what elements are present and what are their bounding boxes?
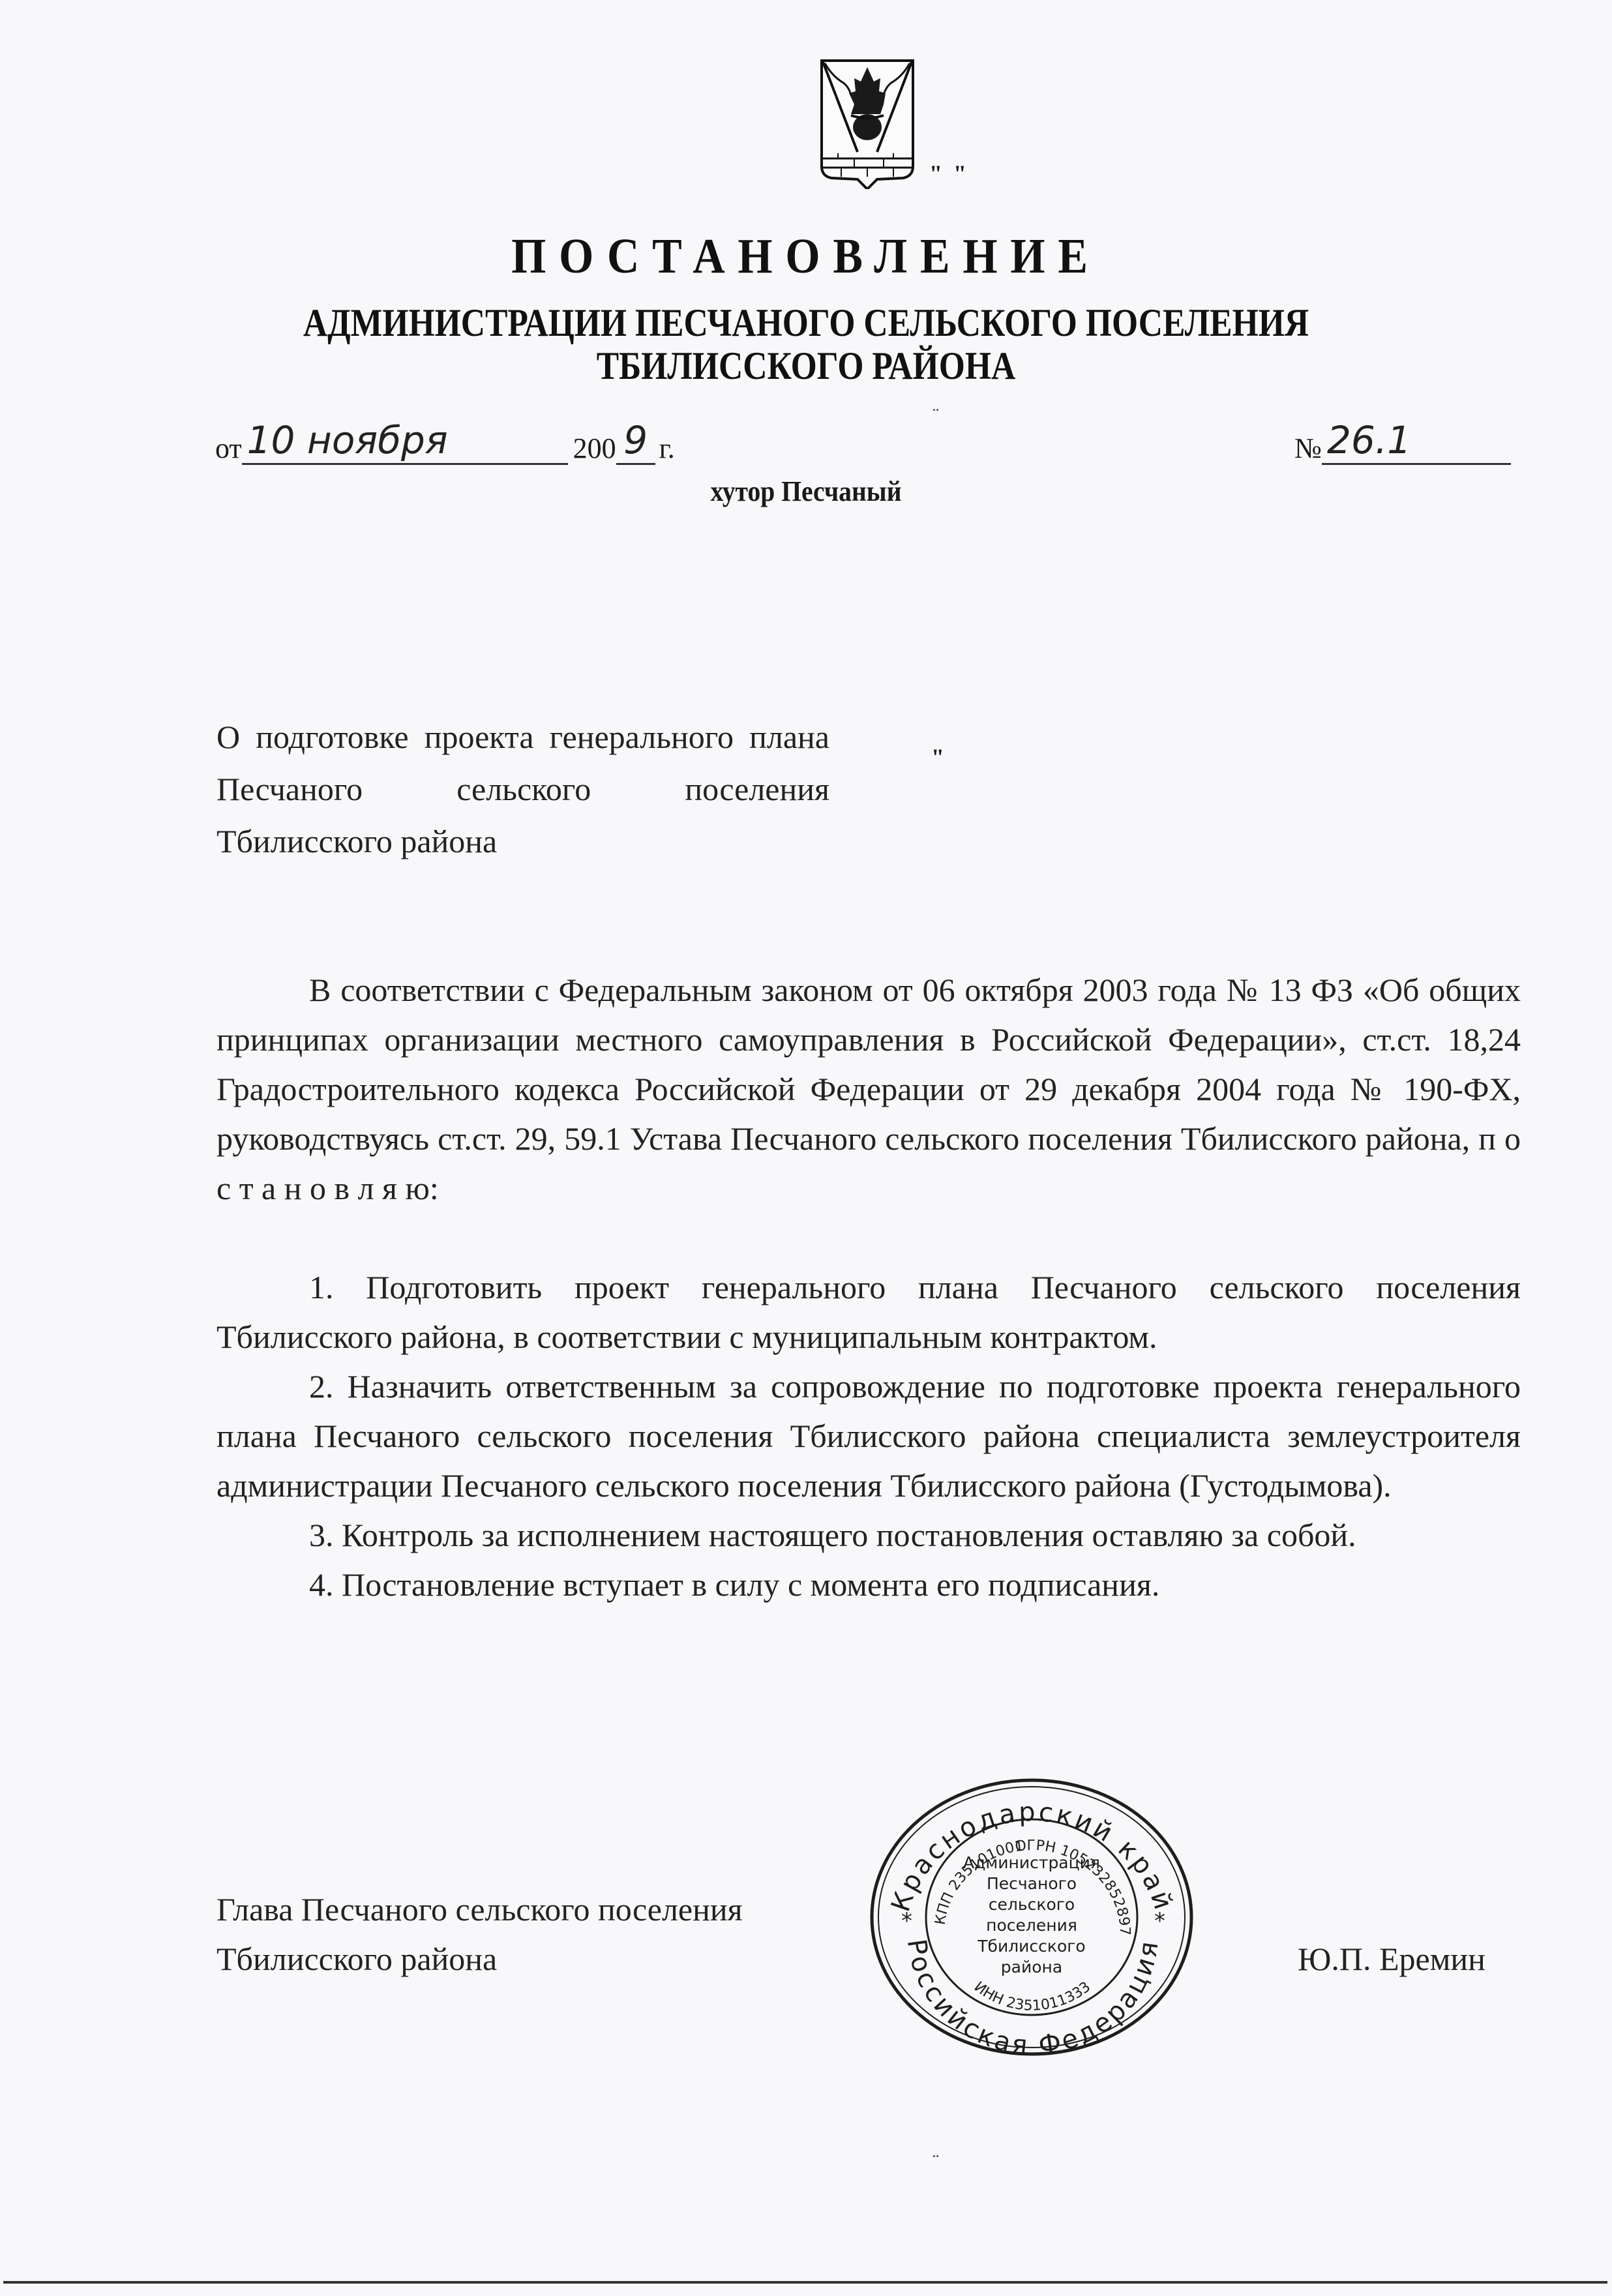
year-prefix: 200 xyxy=(573,432,616,465)
stamp-center-line: Администрация xyxy=(963,1853,1100,1872)
resolution-item-3: 3. Контроль за исполнением настоящего по… xyxy=(216,1510,1521,1560)
issuer-line-1: АДМИНИСТРАЦИИ ПЕСЧАНОГО СЕЛЬСКОГО ПОСЕЛЕ… xyxy=(113,301,1499,344)
date-handwritten: 10 ноября xyxy=(242,417,568,465)
stamp-star-left: * xyxy=(901,1908,912,1934)
signatory-title-line-1: Глава Песчаного сельского поселения xyxy=(216,1885,743,1934)
scan-mark: " " xyxy=(929,160,969,187)
scan-dots: ¨ xyxy=(933,2151,939,2173)
stamp-center-line: Тбилисского xyxy=(977,1937,1085,1956)
resolution-item-2: 2. Назначить ответственным за сопровожде… xyxy=(216,1362,1521,1510)
scan-mark: " xyxy=(931,743,944,771)
stamp-center-line: сельского xyxy=(989,1895,1075,1914)
document-page: " " ПОСТАНОВЛЕНИЕ АДМИНИСТРАЦИИ ПЕСЧАНОГ… xyxy=(0,0,1612,2296)
year-suffix: г. xyxy=(659,432,675,465)
year-handwritten: 9 xyxy=(616,417,655,465)
stamp-center-line: Песчаного xyxy=(987,1874,1077,1893)
document-issuer: АДМИНИСТРАЦИИ ПЕСЧАНОГО СЕЛЬСКОГО ПОСЕЛЕ… xyxy=(113,301,1499,387)
stamp-inn: ИНН 2351011333 xyxy=(971,1978,1094,2014)
document-body: В соответствии с Федеральным законом от … xyxy=(216,965,1521,1609)
document-subject: О подготовке проекта генерального плана … xyxy=(216,711,829,867)
number-prefix: № xyxy=(1294,432,1322,465)
scan-edge-line xyxy=(3,2281,1607,2284)
document-title: ПОСТАНОВЛЕНИЕ xyxy=(81,228,1532,285)
preamble-paragraph: В соответствии с Федеральным законом от … xyxy=(216,965,1521,1213)
svg-text:ИНН 2351011333: ИНН 2351011333 xyxy=(971,1978,1094,2014)
document-number: № 26.1 xyxy=(1294,417,1511,465)
resolution-item-1: 1. Подготовить проект генерального плана… xyxy=(216,1262,1521,1362)
issuer-line-2: ТБИЛИССКОГО РАЙОНА xyxy=(113,344,1499,387)
signatory-title: Глава Песчаного сельского поселения Тбил… xyxy=(216,1885,743,1984)
date-prefix: от xyxy=(215,432,242,465)
stamp-star-right: * xyxy=(1154,1908,1165,1934)
stamp-center-line: района xyxy=(1001,1958,1062,1976)
signatory-title-line-2: Тбилисского района xyxy=(216,1934,743,1984)
number-handwritten: 26.1 xyxy=(1322,417,1511,465)
signatory-name: Ю.П. Еремин xyxy=(1298,1934,1485,1984)
document-place: хутор Песчаный xyxy=(81,475,1532,508)
resolution-item-4: 4. Постановление вступает в силу с момен… xyxy=(216,1560,1521,1609)
stamp-center-line: поселения xyxy=(986,1916,1077,1935)
coat-of-arms-icon xyxy=(815,55,919,189)
document-date: от 10 ноября 200 9 г. xyxy=(215,417,675,465)
official-seal-icon: Краснодарский край Российская Федерация … xyxy=(867,1777,1197,2057)
scan-dots: ¨ xyxy=(933,404,939,426)
